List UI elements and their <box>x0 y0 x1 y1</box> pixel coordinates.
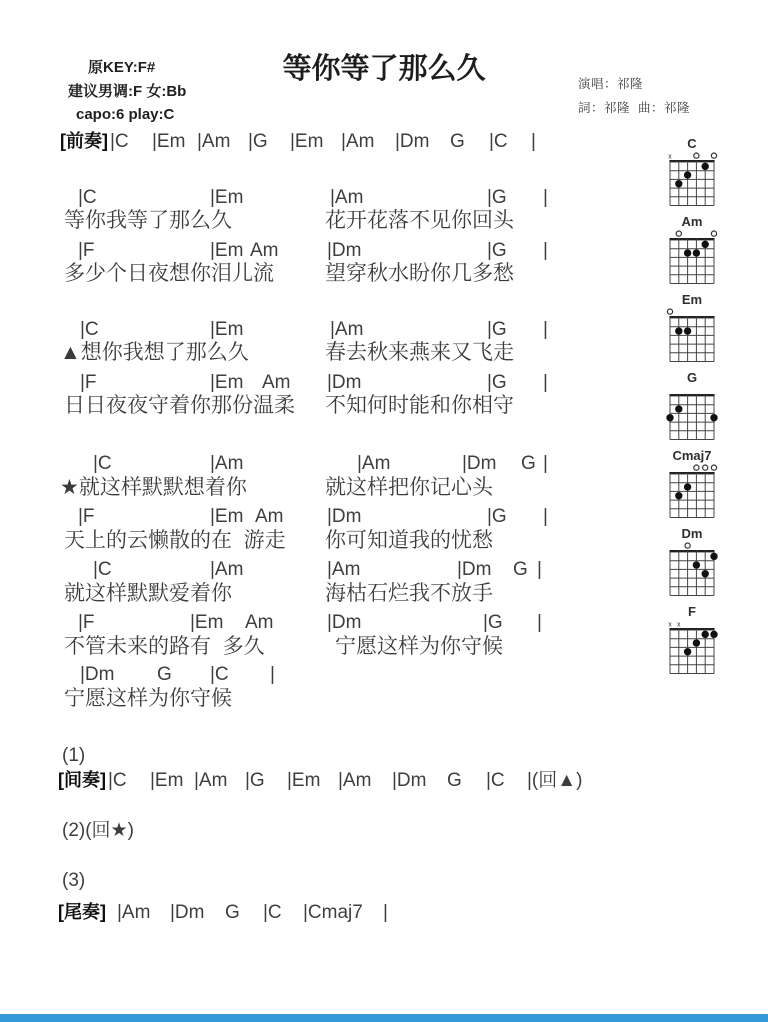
section-label: [尾奏] <box>58 903 106 923</box>
section-label: [间奏] <box>58 771 106 791</box>
chord-symbol: |C <box>263 903 282 924</box>
chord-symbol: |Am <box>327 560 360 581</box>
chord-symbol: Am <box>250 241 279 262</box>
lyric-text: 望穿秋水盼你几多愁 <box>325 262 514 285</box>
chord-symbol: |Am <box>341 132 374 153</box>
structure-marker: (2)(回★) <box>62 821 134 842</box>
lyric-text: 你可知道我的忧愁 <box>325 529 493 552</box>
chord-symbol: | <box>543 373 548 394</box>
chord-symbol: |G <box>487 188 507 209</box>
lyric-text: 春去秋来燕来又飞走 <box>325 341 514 364</box>
svg-text:x: x <box>668 153 672 160</box>
chord-symbol: |Em <box>210 320 243 341</box>
chord-symbol: |G <box>483 613 503 634</box>
chord-symbol: |G <box>245 771 265 792</box>
chord-symbol: |Dm <box>457 560 491 581</box>
chord-symbol: | <box>531 132 536 153</box>
chord-symbol: |G <box>487 507 507 528</box>
chord-symbol: |F <box>78 613 95 634</box>
chord-diagram: Dm <box>656 526 728 598</box>
chord-diagram: Cx <box>656 136 728 208</box>
chord-grid-svg: xx <box>663 619 721 676</box>
chord-name: F <box>656 604 728 619</box>
chord-symbol: |Am <box>357 454 390 475</box>
chord-symbol: |Am <box>210 560 243 581</box>
chord-symbol: | <box>383 903 388 924</box>
chord-symbol: |Em <box>210 373 243 394</box>
chord-symbol: |Em <box>152 132 185 153</box>
structure-marker: (3) <box>62 871 85 892</box>
chord-symbol: |Am <box>330 188 363 209</box>
chord-symbol: | <box>543 454 548 475</box>
chord-symbol: |F <box>78 507 95 528</box>
chord-symbol: G <box>513 560 528 581</box>
chord-symbol: |C <box>110 132 129 153</box>
chord-symbol: | <box>543 320 548 341</box>
lyric-text: 等你我等了那么久 <box>64 209 232 232</box>
lyric-text: 就这样默默爱着你 <box>64 582 232 605</box>
chord-symbol: |C <box>80 320 99 341</box>
chord-diagram: Am <box>656 214 728 286</box>
bottom-accent-bar <box>0 1014 768 1022</box>
chord-grid-svg <box>663 463 721 520</box>
chord-grid-svg <box>663 307 721 364</box>
chord-sheet-page: 等你等了那么久 原KEY:F#建议男调:F 女:Bbcapo:6 play:C … <box>0 0 768 1022</box>
svg-text:x: x <box>668 621 672 628</box>
chord-diagram-column: CxAmEmGCmaj7DmFxx <box>656 136 728 682</box>
chord-name: G <box>656 370 728 385</box>
chord-symbol: |Dm <box>327 613 361 634</box>
chord-symbol: |Em <box>210 188 243 209</box>
credit-line: 詞：祁隆 曲：祁隆 <box>578 102 690 116</box>
chord-symbol: |Em <box>210 507 243 528</box>
chord-symbol: |C <box>93 454 112 475</box>
chord-symbol: |Em <box>190 613 223 634</box>
chord-symbol: G <box>447 771 462 792</box>
lyric-text: 不管未来的路有 多久 <box>64 635 265 658</box>
chord-symbol: |Dm <box>327 373 361 394</box>
chord-symbol: |C <box>486 771 505 792</box>
chord-symbol: |F <box>78 241 95 262</box>
chord-symbol: |C <box>489 132 508 153</box>
chord-symbol: G <box>157 665 172 686</box>
chord-symbol: Am <box>255 507 284 528</box>
key-meta-line: 原KEY:F# <box>88 60 155 77</box>
chord-diagram: Em <box>656 292 728 364</box>
chord-grid-svg <box>663 229 721 286</box>
chord-name: Am <box>656 214 728 229</box>
chord-symbol: |Am <box>197 132 230 153</box>
chord-symbol: |Dm <box>327 241 361 262</box>
chord-name: C <box>656 136 728 151</box>
chord-symbol: G <box>521 454 536 475</box>
key-meta-line: capo:6 play:C <box>76 107 174 124</box>
chord-symbol: |F <box>80 373 97 394</box>
lyric-text: 多少个日夜想你泪儿流 <box>64 262 274 285</box>
lyric-text: 花开花落不见你回头 <box>325 209 514 232</box>
lyric-text: 不知何时能和你相守 <box>325 394 514 417</box>
chord-name: Cmaj7 <box>656 448 728 463</box>
chord-grid-svg: x <box>663 151 721 208</box>
chord-symbol: |Dm <box>395 132 429 153</box>
chord-symbol: |C <box>93 560 112 581</box>
lyric-text: 宁愿这样为你守候 <box>64 687 232 710</box>
structure-marker: (1) <box>62 746 85 767</box>
chord-name: Em <box>656 292 728 307</box>
chord-symbol: |Em <box>150 771 183 792</box>
chord-symbol: |Dm <box>392 771 426 792</box>
chord-grid-svg <box>663 541 721 598</box>
lyric-text: 日日夜夜守着你那份温柔 <box>64 394 295 417</box>
lyric-text: 就这样把你记心头 <box>325 476 493 499</box>
chord-symbol: |C <box>78 188 97 209</box>
chord-symbol: |G <box>487 320 507 341</box>
chord-symbol: | <box>537 560 542 581</box>
chord-symbol: |Am <box>210 454 243 475</box>
chord-symbol: |G <box>487 241 507 262</box>
structure-marker: |(回▲) <box>527 771 582 792</box>
chord-symbol: |Am <box>194 771 227 792</box>
chord-symbol: |Em <box>290 132 323 153</box>
chord-symbol: |Dm <box>170 903 204 924</box>
lyric-text: 海枯石烂我不放手 <box>325 582 493 605</box>
lyric-text: 宁愿这样为你守候 <box>335 635 503 658</box>
chord-diagram: G <box>656 370 728 442</box>
section-label: [前奏] <box>60 132 108 152</box>
key-meta-line: 建议男调:F 女:Bb <box>68 84 186 101</box>
chord-symbol: | <box>537 613 542 634</box>
credit-line: 演唱：祁隆 <box>578 78 643 92</box>
chord-symbol: |Cmaj7 <box>303 903 363 924</box>
chord-symbol: |Dm <box>327 507 361 528</box>
chord-symbol: Am <box>262 373 291 394</box>
chord-name: Dm <box>656 526 728 541</box>
chord-symbol: |Dm <box>462 454 496 475</box>
chord-symbol: G <box>450 132 465 153</box>
chord-grid-svg <box>663 385 721 442</box>
chord-symbol: |Em <box>287 771 320 792</box>
chord-symbol: |Am <box>338 771 371 792</box>
chord-symbol: | <box>543 507 548 528</box>
lyric-text: 天上的云懒散的在 游走 <box>64 529 286 552</box>
chord-symbol: |G <box>248 132 268 153</box>
chord-symbol: |Am <box>117 903 150 924</box>
chord-symbol: Am <box>245 613 274 634</box>
chord-symbol: |G <box>487 373 507 394</box>
lyric-text: ▲想你我想了那么久 <box>60 341 249 364</box>
svg-text:x: x <box>677 621 681 628</box>
lyric-text: ★就这样默默想着你 <box>60 476 247 499</box>
chord-symbol: |Em <box>210 241 243 262</box>
chord-symbol: |Am <box>330 320 363 341</box>
chord-symbol: | <box>270 665 275 686</box>
chord-diagram: Fxx <box>656 604 728 676</box>
chord-symbol: | <box>543 188 548 209</box>
chord-symbol: G <box>225 903 240 924</box>
chord-symbol: |Dm <box>80 665 114 686</box>
chord-symbol: |C <box>210 665 229 686</box>
chord-diagram: Cmaj7 <box>656 448 728 520</box>
chord-symbol: | <box>543 241 548 262</box>
chord-symbol: |C <box>108 771 127 792</box>
